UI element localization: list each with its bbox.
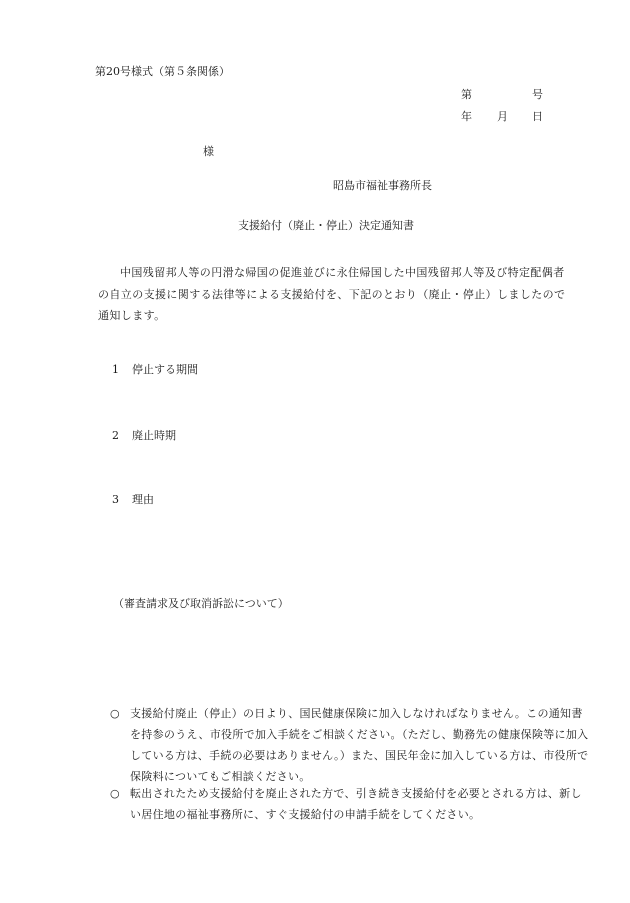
item-number: 2 bbox=[112, 430, 132, 441]
issuer: 昭島市福祉事務所長 bbox=[333, 180, 432, 191]
form-number: 第20号様式（第５条関係） bbox=[95, 66, 230, 77]
date-month: 月 bbox=[497, 111, 508, 122]
note-text: 支援給付廃止（停止）の日より、国民健康保険に加入しなければなりません。この通知書… bbox=[130, 707, 588, 783]
item-label: 停止する期間 bbox=[132, 363, 198, 376]
document-title: 支援給付（廃止・停止）決定通知書 bbox=[238, 220, 414, 231]
document-number-suffix: 号 bbox=[532, 89, 543, 100]
recipient-honorific: 様 bbox=[203, 146, 214, 157]
appeal-heading: （審査請求及び取消訴訟について） bbox=[113, 598, 289, 609]
item-number: 3 bbox=[112, 494, 132, 505]
item-termination-date: 2廃止時期 bbox=[112, 430, 176, 441]
item-number: 1 bbox=[112, 364, 132, 375]
item-label: 廃止時期 bbox=[132, 429, 176, 442]
date-day: 日 bbox=[532, 111, 543, 122]
date-year: 年 bbox=[461, 111, 472, 122]
item-suspension-period: 1停止する期間 bbox=[112, 364, 198, 375]
item-reason: 3理由 bbox=[112, 494, 154, 505]
circle-bullet-icon: ○ bbox=[110, 783, 130, 804]
item-label: 理由 bbox=[132, 493, 154, 506]
document-number-prefix: 第 bbox=[461, 89, 472, 100]
note-text: 転出されたため支援給付を廃止された方で、引き続き支援給付を必要とされる方は、新し… bbox=[130, 787, 582, 821]
circle-bullet-icon: ○ bbox=[110, 703, 130, 724]
note-relocation: ○転出されたため支援給付を廃止された方で、引き続き支援給付を必要とされる方は、新… bbox=[110, 783, 590, 825]
note-health-insurance: ○支援給付廃止（停止）の日より、国民健康保険に加入しなければなりません。この通知… bbox=[110, 703, 590, 787]
body-paragraph: 中国残留邦人等の円滑な帰国の促進並びに永住帰国した中国残留邦人等及び特定配偶者の… bbox=[98, 262, 568, 327]
